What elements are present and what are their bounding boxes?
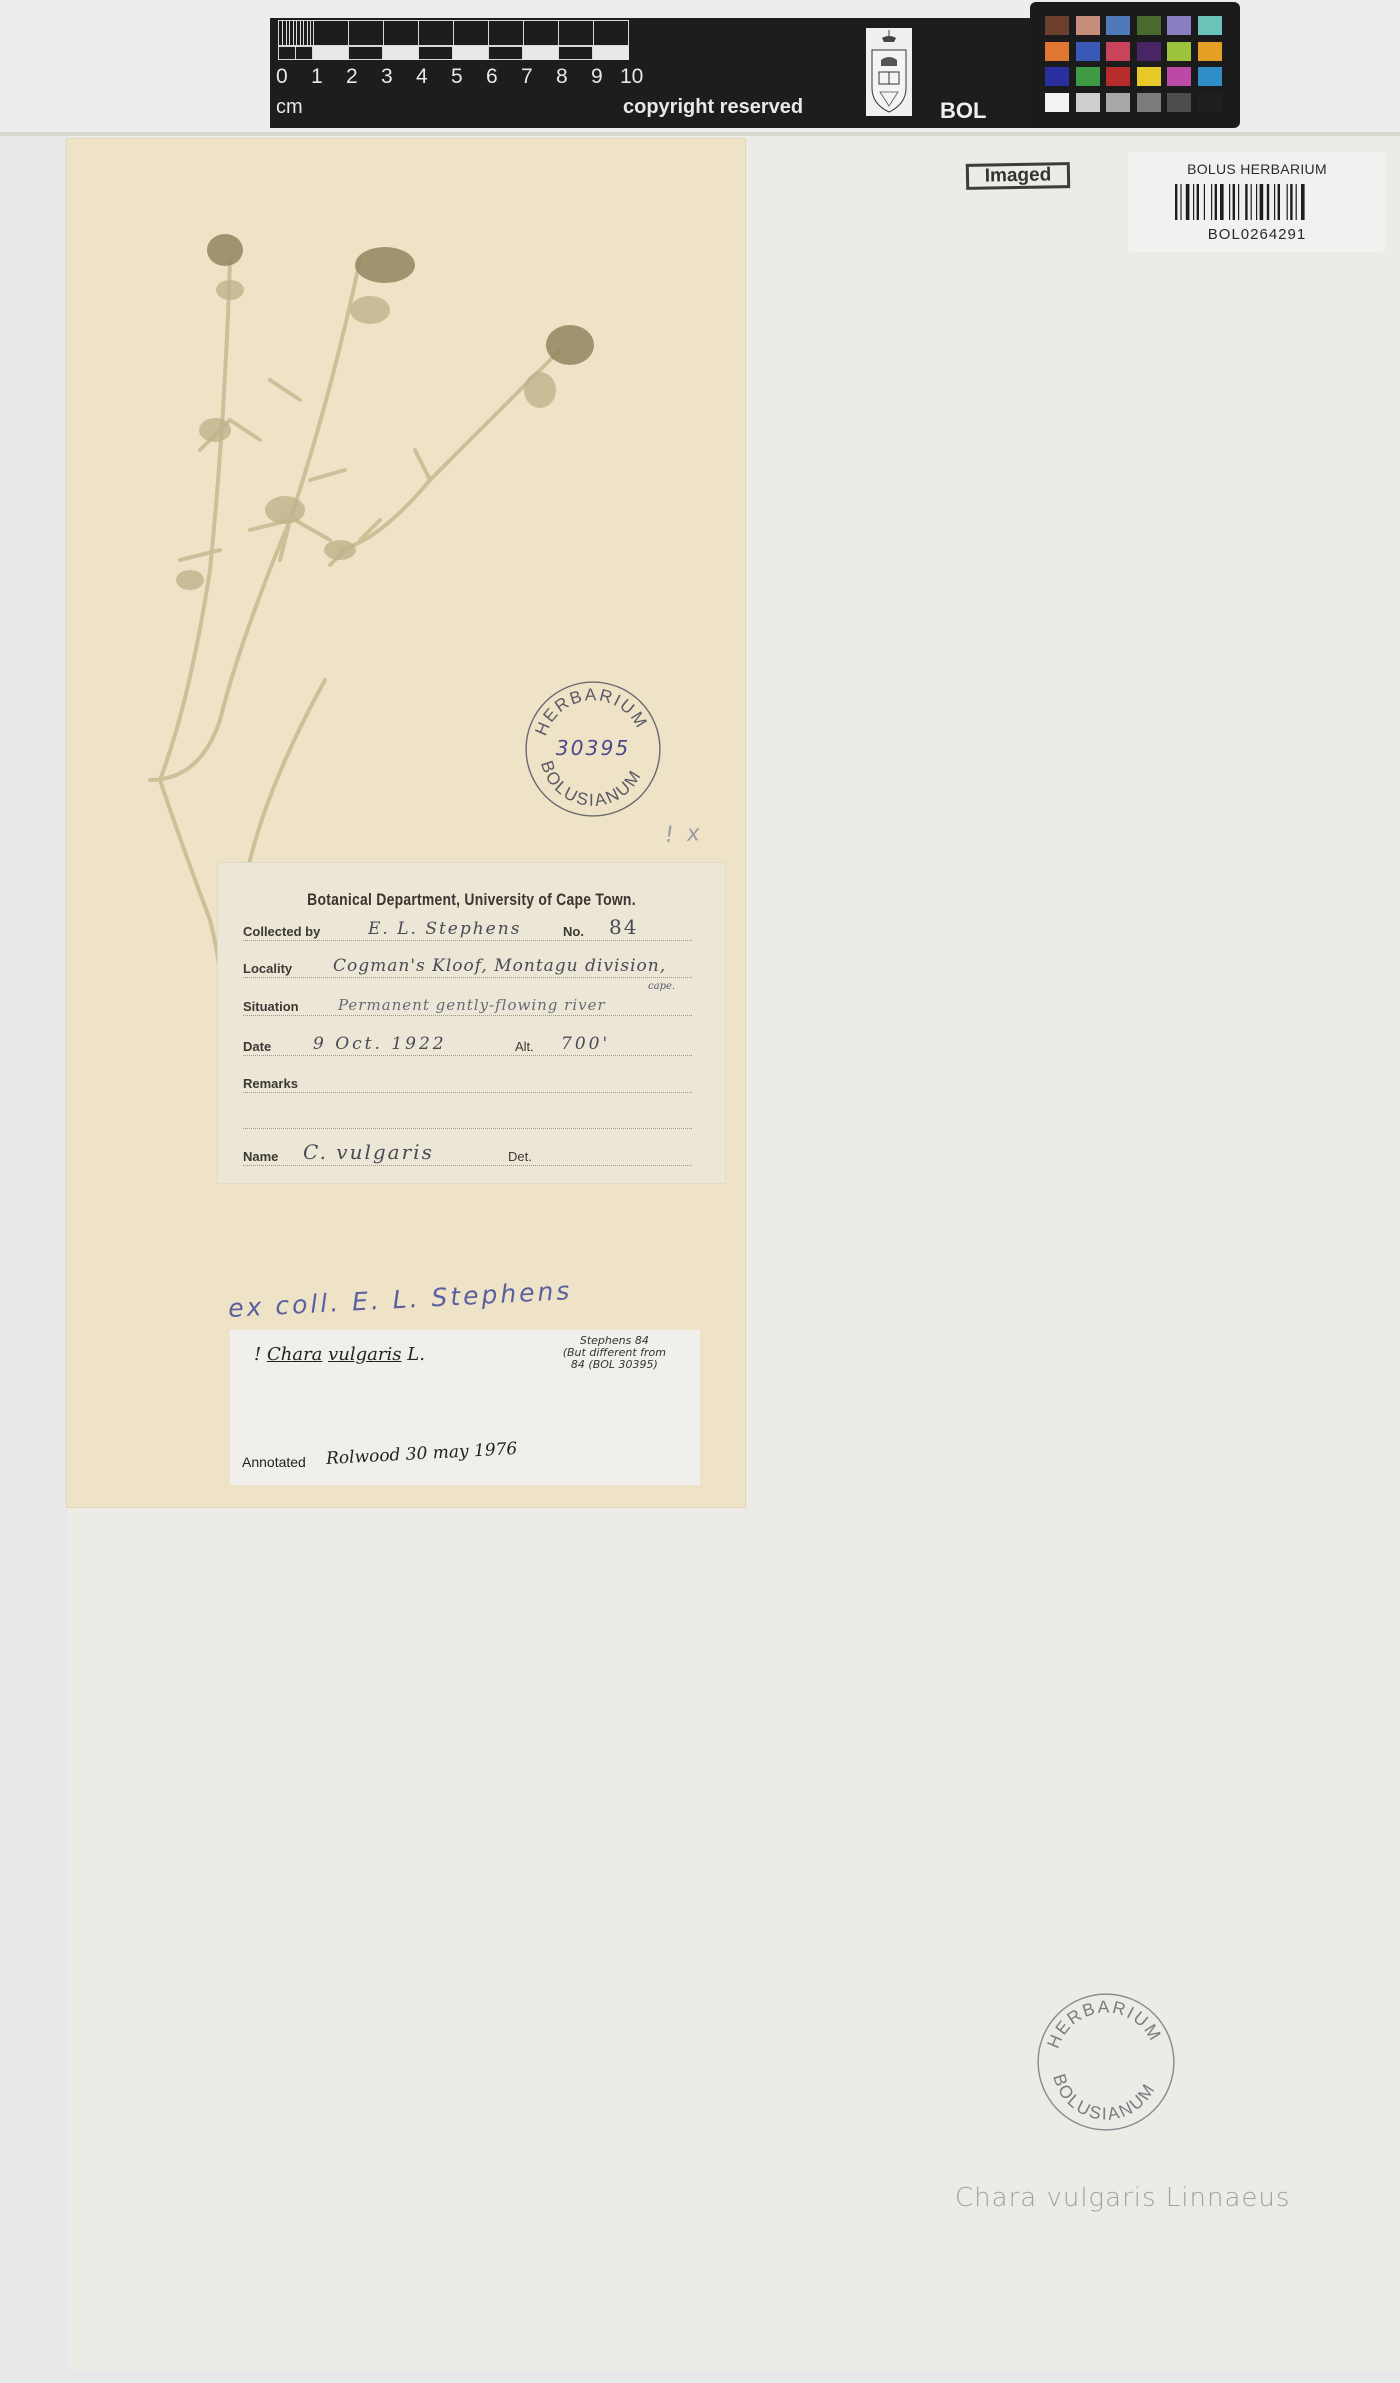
imaged-stamp: Imaged (966, 162, 1070, 190)
color-swatch (1167, 42, 1191, 61)
ruler-tick-label: 10 (620, 65, 643, 89)
margin-mark: ! x (664, 821, 703, 848)
university-crest-icon (866, 28, 912, 116)
remarks-row-2 (243, 1106, 692, 1129)
altitude-value: 700' (561, 1034, 610, 1054)
annotation-side-note: Stephens 84 (But different from 84 (BOL … (563, 1335, 666, 1371)
color-swatch (1045, 16, 1069, 35)
copyright-notice: copyright reserved (623, 96, 803, 119)
locality-extra: cape. (648, 981, 675, 992)
annotation-label: ! Chara vulgaris L. Stephens 84 (But dif… (230, 1330, 700, 1485)
stamp-text-top: HERBARIUM (1043, 1996, 1166, 2051)
institution-code: BOL (940, 98, 986, 124)
label-institution: Botanical Department, University of Cape… (264, 890, 680, 910)
stamp-accession-number: 30395 (556, 736, 631, 760)
collector-name: E. L. Stephens (368, 919, 521, 939)
color-swatch (1137, 93, 1161, 112)
color-calibration-chart (1030, 2, 1240, 128)
color-swatch (1106, 42, 1130, 61)
ruler-tick-label: 6 (486, 65, 498, 89)
ruler-tick-label: 8 (556, 65, 568, 89)
svg-text:HERBARIUM: HERBARIUM (531, 684, 653, 738)
barcode-label: BOLUS HERBARIUM BOL0264291 (1128, 152, 1386, 252)
color-swatch (1076, 42, 1100, 61)
color-swatch (1198, 16, 1222, 35)
color-swatch (1198, 67, 1222, 86)
ruler-tick-label: 4 (416, 65, 428, 89)
color-swatch (1106, 16, 1130, 35)
ruler-tick-label: 1 (311, 65, 323, 89)
color-swatch (1137, 67, 1161, 86)
date-value: 9 Oct. 1922 (313, 1034, 447, 1054)
ruler-tick-label: 9 (591, 65, 603, 89)
annotated-value: Rolwood 30 may 1976 (326, 1439, 518, 1469)
ruler-tick-label: 3 (381, 65, 393, 89)
name-row: Name C. vulgaris Det. (243, 1143, 692, 1166)
color-swatch (1137, 16, 1161, 35)
annotation-determination: ! Chara vulgaris L. (254, 1344, 425, 1365)
remarks-row: Remarks (243, 1070, 692, 1093)
color-swatch (1137, 42, 1161, 61)
color-swatch (1045, 67, 1069, 86)
svg-text:HERBARIUM: HERBARIUM (1043, 1996, 1166, 2051)
color-swatch (1076, 93, 1100, 112)
barcode-id: BOL0264291 (1128, 226, 1386, 243)
color-swatch (1198, 42, 1222, 61)
ruler-tick-label: 0 (276, 65, 288, 89)
situation-row: Situation Permanent gently-flowing river (243, 993, 692, 1016)
determination-name: C. vulgaris (303, 1140, 434, 1164)
bottom-determination: Chara vulgaris Linnaeus (955, 2183, 1290, 2213)
color-swatch (1167, 67, 1191, 86)
color-swatch (1106, 67, 1130, 86)
color-swatch (1045, 42, 1069, 61)
ruler-tick-label: 5 (451, 65, 463, 89)
ruler-tick-label: 7 (521, 65, 533, 89)
herbarium-stamp-top: HERBARIUM BOLUSIANUM 30395 (522, 678, 664, 820)
situation-value: Permanent gently-flowing river (338, 996, 606, 1014)
date-row: Date 9 Oct. 1922 Alt. 700' (243, 1033, 692, 1056)
color-swatch (1045, 93, 1069, 112)
collection-label: Botanical Department, University of Cape… (218, 863, 725, 1183)
color-swatch (1106, 93, 1130, 112)
scale-ruler: 0 1 2 3 4 5 6 7 8 9 10 cm copyright rese… (270, 18, 1036, 128)
locality-value: Cogman's Kloof, Montagu division, (333, 956, 666, 976)
color-swatch (1076, 16, 1100, 35)
herbarium-stamp-bottom: HERBARIUM BOLUSIANUM (1034, 1990, 1178, 2134)
barcode-title: BOLUS HERBARIUM (1128, 161, 1386, 177)
ruler-tick-label: 2 (346, 65, 358, 89)
ruler-unit: cm (276, 96, 303, 119)
collected-by-row: Collected by E. L. Stephens No. 84 (243, 918, 692, 941)
collector-number: 84 (609, 915, 638, 939)
color-swatch (1167, 16, 1191, 35)
color-swatch (1076, 67, 1100, 86)
stamp-text-top: HERBARIUM (531, 684, 653, 738)
annotated-label: Annotated (242, 1454, 306, 1470)
color-swatch (1167, 93, 1191, 112)
ruler-scale-bar (278, 20, 630, 62)
barcode-icon (1175, 184, 1339, 220)
locality-row: Locality Cogman's Kloof, Montagu divisio… (243, 955, 692, 978)
color-swatch (1198, 93, 1222, 112)
